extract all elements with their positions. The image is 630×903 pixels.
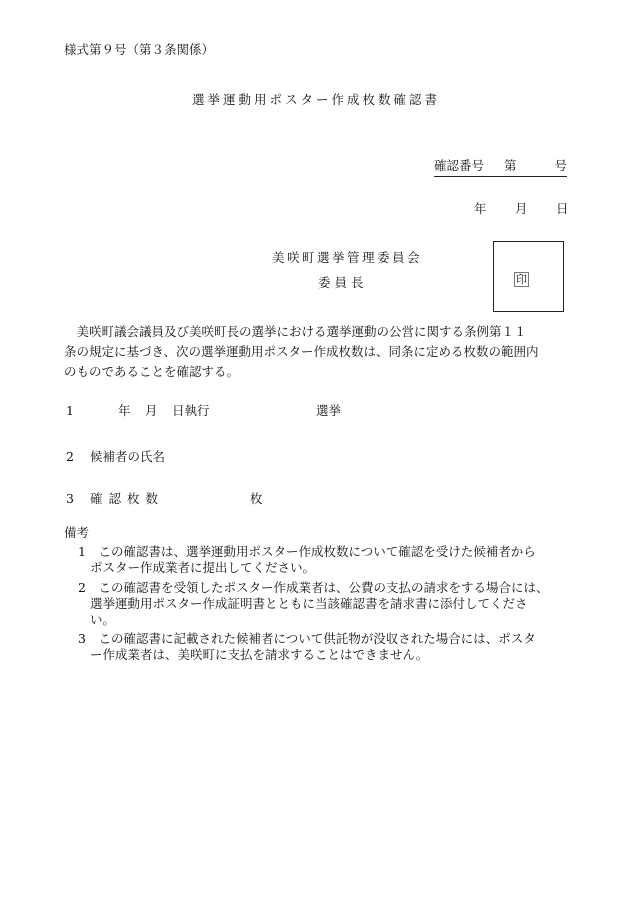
item3-label: 確認枚数 [90, 493, 164, 506]
item1-year: 年 [118, 405, 131, 418]
date-month: 月 [515, 203, 528, 216]
confirmation-number: 確認番号 第 号 [434, 160, 567, 177]
document-title: 選挙運動用ポスター作成枚数確認書 [192, 94, 440, 107]
note-line: ポスター作成業者に提出してください。 [78, 560, 588, 576]
notes-title: 備考 [64, 527, 89, 540]
seal-mark: 印 [514, 272, 529, 287]
note-line: い。 [78, 612, 588, 628]
seal-box: 印 [493, 241, 564, 312]
note-2: 2 この確認書を受領したポスター作成業者は、公費の支払の請求をする場合には、 選… [78, 580, 588, 628]
note-line: 3 この確認書に記載された候補者について供託物が没収された場合には、ポスタ [78, 631, 588, 647]
item2-number: 2 [66, 451, 74, 464]
issuer-title: 委員長 [318, 277, 368, 290]
note-line: 2 この確認書を受領したポスター作成業者は、公費の支払の請求をする場合には、 [78, 580, 588, 596]
item1-election: 選挙 [316, 405, 341, 418]
intro-line: 美咲町議会議員及び美咲町長の選挙における選挙運動の公営に関する条例第１１ [64, 322, 576, 342]
date-year: 年 [474, 203, 487, 216]
item3-unit: 枚 [250, 493, 263, 506]
note-line: 1 この確認書は、選挙運動用ポスター作成枚数について確認を受けた候補者から [78, 544, 588, 560]
item1-number: 1 [66, 405, 74, 418]
note-line: ー作成業者は、美咲町に支払を請求することはできません。 [78, 647, 588, 663]
form-label: 様式第９号（第３条関係） [64, 44, 214, 57]
confirmation-number-suffix: 号 [554, 160, 567, 173]
confirmation-number-prefix: 第 [504, 160, 517, 173]
issuer-committee: 美咲町選挙管理委員会 [272, 252, 422, 265]
note-1: 1 この確認書は、選挙運動用ポスター作成枚数について確認を受けた候補者から ポス… [78, 544, 588, 576]
date-day: 日 [556, 203, 569, 216]
intro-paragraph: 美咲町議会議員及び美咲町長の選挙における選挙運動の公営に関する条例第１１ 条の規… [64, 322, 576, 382]
item2-label: 候補者の氏名 [90, 451, 165, 464]
item1-day-exec: 日執行 [172, 405, 210, 418]
item3-number: 3 [66, 493, 74, 506]
intro-line: のものであることを確認する。 [64, 362, 576, 382]
note-3: 3 この確認書に記載された候補者について供託物が没収された場合には、ポスタ ー作… [78, 631, 588, 663]
item1-month: 月 [145, 405, 158, 418]
intro-line: 条の規定に基づき、次の選挙運動用ポスター作成枚数は、同条に定める枚数の範囲内 [64, 342, 576, 362]
confirmation-number-label: 確認番号 [434, 160, 484, 173]
note-line: 選挙運動用ポスター作成証明書とともに当該確認書を請求書に添付してくださ [78, 596, 588, 612]
